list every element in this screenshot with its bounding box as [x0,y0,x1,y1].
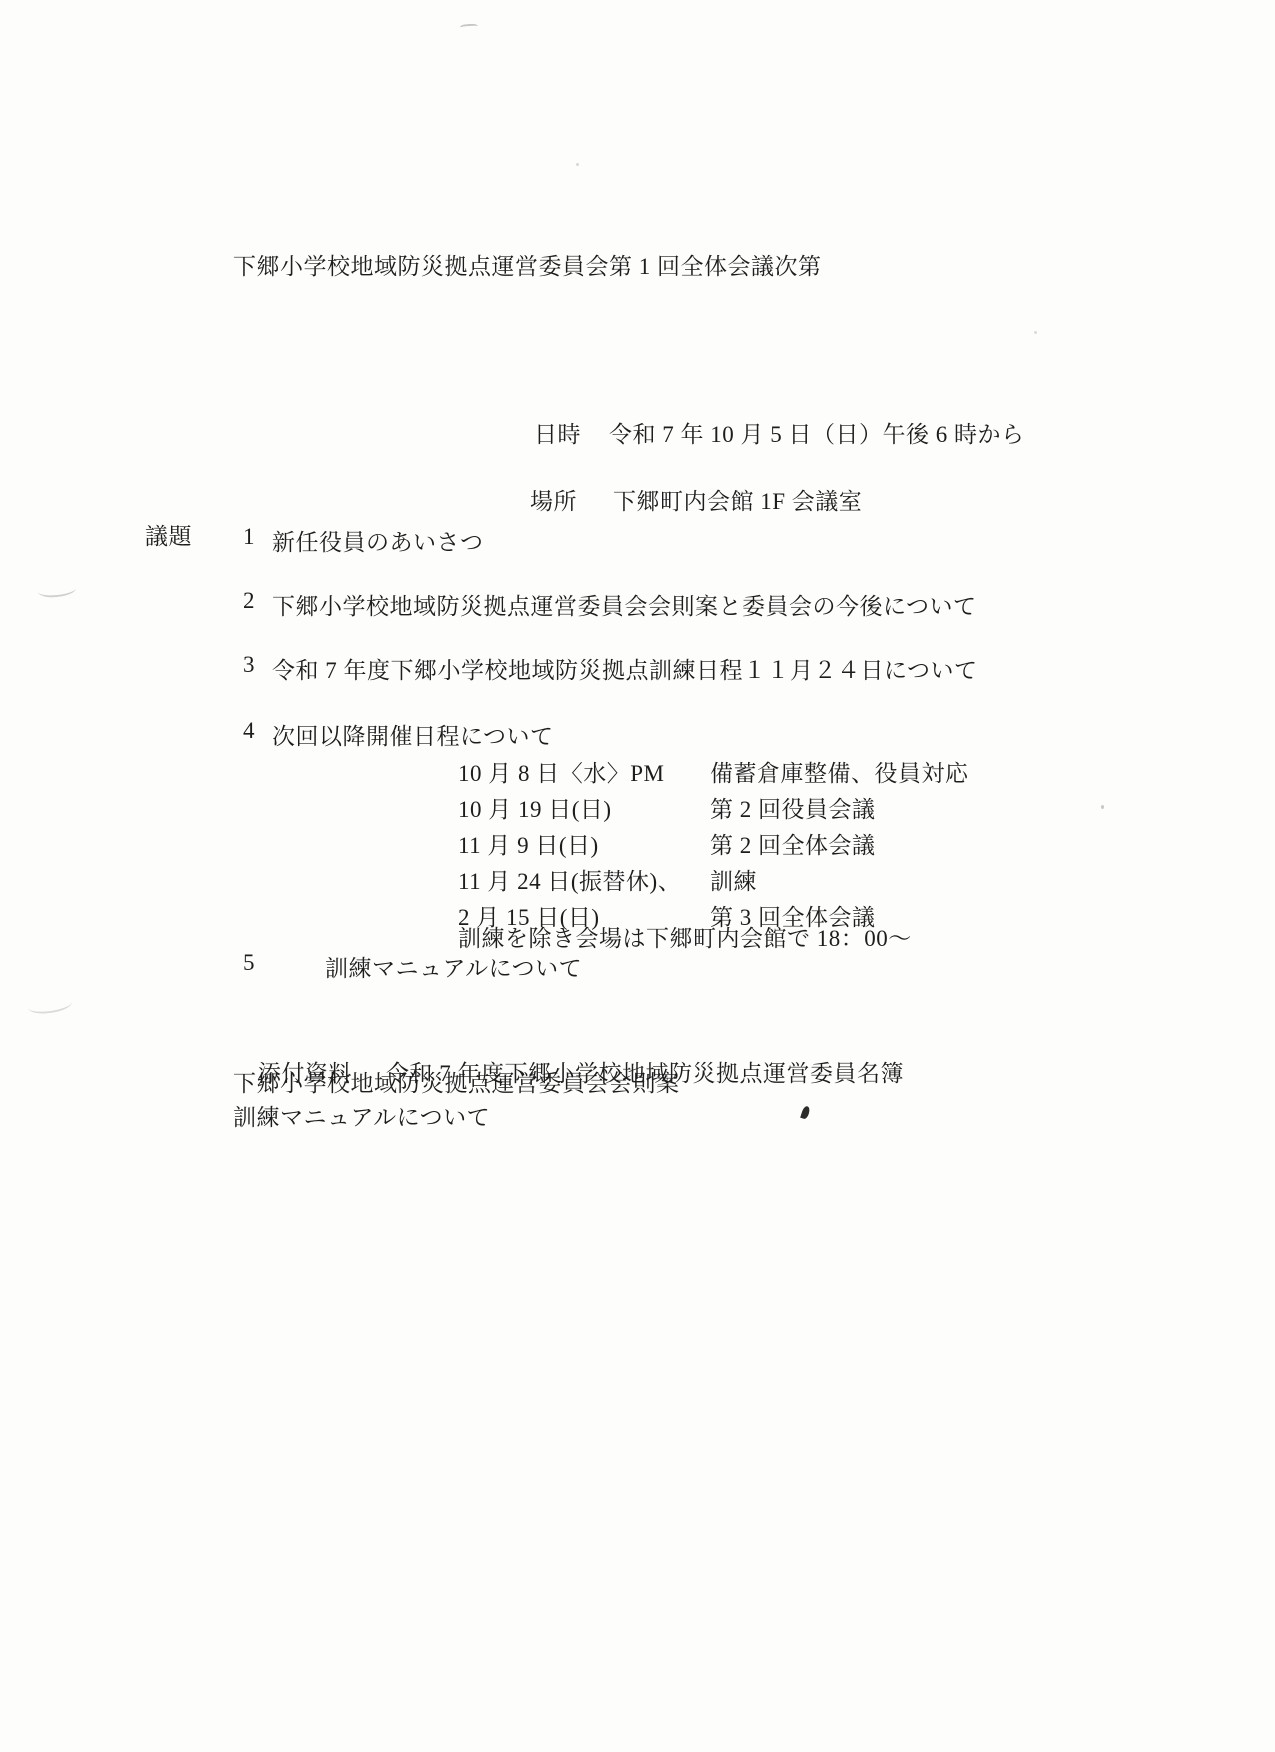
attachment-item: 訓練マニュアルについて [233,1105,490,1131]
agenda-item-3-text: 令和 7 年度下郷小学校地域防災拠点訓練日程１１月２４日について [272,652,978,685]
agenda-item-2-text: 下郷小学校地域防災拠点運営委員会会則案と委員会の今後について [272,588,977,621]
schedule-desc: 第 2 回全体会議 [710,827,876,860]
attachment-item: 下郷小学校地域防災拠点運営委員会会則案 [233,1071,680,1097]
schedule-note: 訓練を除き会場は下郷町内会館で 18：00～ [458,926,912,952]
scan-artifact-squiggle [460,23,478,31]
scanned-document-page: 下郷小学校地域防災拠点運営委員会第 1 回全体会議次第 日時令和 7 年 10 … [0,0,1275,1752]
schedule-desc: 訓練 [710,863,757,896]
agenda-item-4-number: 4 [243,718,255,744]
schedule-row: 10 月 8 日〈水〉PM備蓄倉庫整備、役員対応 [458,755,969,788]
datetime-label: 日時 [534,422,581,447]
place-value: 下郷町内会館 1F 会議室 [613,489,862,514]
scan-artifact-curve [37,581,76,599]
document-title: 下郷小学校地域防災拠点運営委員会第 1 回全体会議次第 [233,254,822,280]
schedule-date: 10 月 8 日〈水〉PM [458,755,710,788]
agenda-item-1-number: 1 [243,524,255,550]
agenda-item-2-number: 2 [243,588,255,614]
schedule-row: 11 月 9 日(日)第 2 回全体会議 [458,827,876,860]
schedule-desc: 第 2 回役員会議 [710,791,876,824]
meeting-place-line: 場所下郷町内会館 1F 会議室 [505,463,862,542]
agenda-item-5-text: 訓練マニュアルについて [325,950,582,983]
agenda-label: 議題 [145,524,192,550]
agenda-item-3-number: 3 [243,652,255,678]
schedule-date: 10 月 19 日(日) [458,791,710,824]
datetime-value: 令和 7 年 10 月 5 日（日）午後 6 時から [609,422,1025,447]
schedule-desc: 備蓄倉庫整備、役員対応 [710,755,969,788]
agenda-item-1-text: 新任役員のあいさつ [272,524,484,557]
agenda-item-4-text: 次回以降開催日程について [272,718,554,751]
scan-artifact-speck [576,163,579,166]
place-label: 場所 [530,489,577,514]
scan-artifact-curve [27,994,73,1016]
agenda-item-5-number: 5 [243,950,255,976]
schedule-row: 11 月 24 日(振替休)、訓練 [458,863,757,896]
schedule-row: 10 月 19 日(日)第 2 回役員会議 [458,791,876,824]
scan-artifact-speck [1101,805,1104,809]
scan-artifact-speck [1034,331,1037,334]
schedule-date: 11 月 9 日(日) [458,827,710,860]
schedule-date: 11 月 24 日(振替休)、 [458,863,710,896]
